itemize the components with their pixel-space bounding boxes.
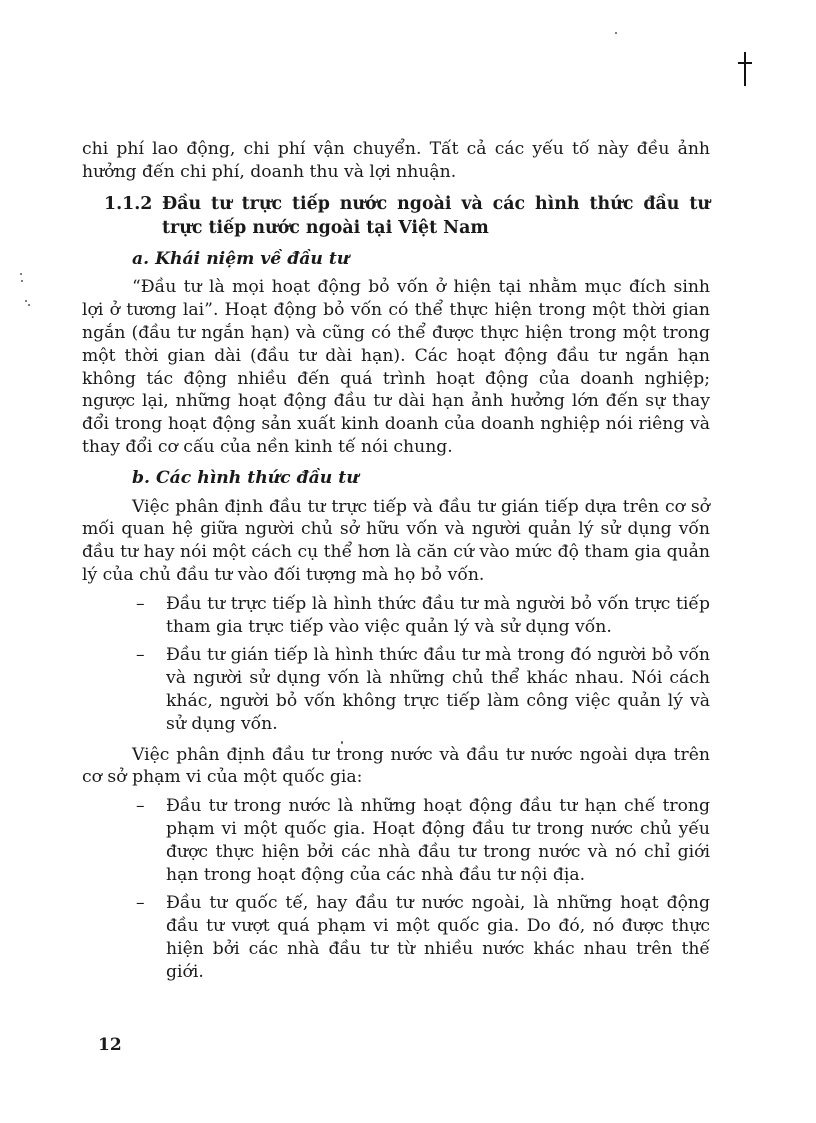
section-title: Đầu tư trực tiếp nước ngoài và các hình … bbox=[162, 192, 710, 240]
section-heading: 1.1.2 Đầu tư trực tiếp nước ngoài và các… bbox=[104, 192, 710, 240]
list-item: – Đầu tư gián tiếp là hình thức đầu tư m… bbox=[82, 644, 710, 735]
scan-speck bbox=[25, 300, 27, 302]
dash-bullet: – bbox=[136, 593, 166, 639]
scan-speck bbox=[20, 273, 22, 275]
list-item: – Đầu tư quốc tế, hay đầu tư nước ngoài,… bbox=[82, 892, 710, 983]
subsection-b-paragraph-1: Việc phân định đầu tư trực tiếp và đầu t… bbox=[82, 496, 710, 587]
subsection-a-heading: a. Khái niệm về đầu tư bbox=[132, 248, 710, 271]
dash-bullet: – bbox=[136, 795, 166, 886]
subsection-b-paragraph-2: Việc phân định đầu tư trong nước và đầu … bbox=[82, 744, 710, 790]
scan-speck bbox=[615, 32, 617, 34]
page-number: 12 bbox=[98, 1035, 122, 1055]
opening-paragraph: chi phí lao động, chi phí vận chuyển. Tấ… bbox=[82, 138, 710, 184]
list-item: – Đầu tư trong nước là những hoạt động đ… bbox=[82, 795, 710, 886]
list-item-text: Đầu tư quốc tế, hay đầu tư nước ngoài, l… bbox=[166, 892, 710, 983]
dash-bullet: – bbox=[136, 644, 166, 735]
subsection-a-paragraph: “Đầu tư là mọi hoạt động bỏ vốn ở hiện t… bbox=[82, 276, 710, 458]
list-item-text: Đầu tư trong nước là những hoạt động đầu… bbox=[166, 795, 710, 886]
cross-mark-icon bbox=[738, 52, 752, 86]
scan-speck bbox=[21, 280, 23, 282]
subsection-b-heading: b. Các hình thức đầu tư bbox=[132, 467, 710, 490]
list-item-text: Đầu tư trực tiếp là hình thức đầu tư mà … bbox=[166, 593, 710, 639]
list-item: – Đầu tư trực tiếp là hình thức đầu tư m… bbox=[82, 593, 710, 639]
body-text: chi phí lao động, chi phí vận chuyển. Tấ… bbox=[82, 138, 710, 988]
document-page: chi phí lao động, chi phí vận chuyển. Tấ… bbox=[0, 0, 816, 1123]
dash-bullet: – bbox=[136, 892, 166, 983]
scan-speck bbox=[28, 304, 30, 306]
section-number: 1.1.2 bbox=[104, 192, 162, 240]
cross-mark-vertical bbox=[744, 52, 746, 86]
list-item-text: Đầu tư gián tiếp là hình thức đầu tư mà … bbox=[166, 644, 710, 735]
cross-mark-horizontal bbox=[738, 62, 752, 64]
